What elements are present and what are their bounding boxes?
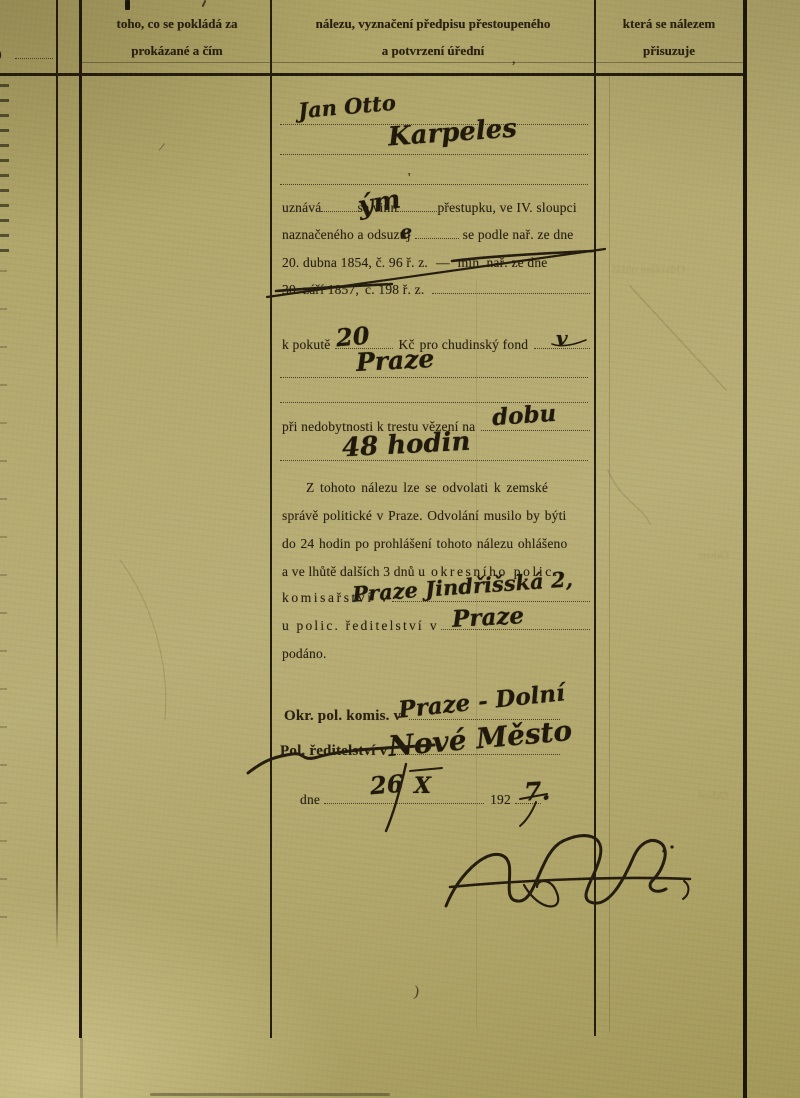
para-line7: podáno. (282, 646, 327, 662)
cut-off-dotline (15, 58, 53, 59)
para-line6: u polic. ředitelství v (282, 618, 590, 634)
label-datum1: 20. dubna 1854, č. 96 ř. z. (282, 255, 428, 271)
label-se-podle: se podle nař. ze dne (463, 227, 574, 243)
hw-name-first: Jan Otto (297, 90, 397, 123)
hw-date-day: 26 (369, 769, 405, 801)
pencil-smudge-2 (608, 470, 650, 524)
dotline-arrest (280, 460, 588, 461)
ghost-text-2: Odsuz (698, 548, 729, 563)
page-edge-bands-faint (0, 270, 7, 930)
para-line2: správě politické v Praze. Odvolání musil… (282, 508, 590, 524)
hw-arrest-dobu: dobu (491, 400, 557, 431)
stray-paren: ) (413, 984, 421, 1002)
header-col2: nálezu, vyznačení předpisu přestoupeného… (272, 10, 594, 64)
header-rule (0, 73, 744, 76)
header-col2-line1: nálezu, vyznačení předpisu přestoupeného (272, 10, 594, 37)
signature-comma-tail (683, 881, 688, 899)
label-dne: dne (300, 792, 320, 808)
dots-fill (432, 282, 590, 294)
header-col2-line2: a potvrzení úřední (272, 37, 594, 64)
page-edge-bands (0, 84, 9, 260)
signature-dot-2 (670, 845, 673, 848)
name-dotline-2 (280, 154, 588, 155)
stray-tick: ' (408, 170, 411, 186)
form-line-datum2: 30. září 1857, č. 198 ř. z. (282, 282, 590, 298)
label-k-pokute: k pokutě (282, 337, 330, 353)
label-reditelstvi: u polic. ředitelství (282, 618, 424, 634)
table-border-left-fade (80, 1038, 83, 1098)
label-min-nar: min. nař. ze dne (458, 255, 548, 271)
label-naznaceneho: naznačeného a odsuzuj (282, 227, 411, 243)
para-line1: Z tohoto nálezu lze se odvolati k zemské (282, 480, 590, 496)
column-rule-2 (594, 0, 596, 1036)
form-line-odsuzuj: naznačeného a odsuzuj se podle nař. ze d… (282, 227, 590, 243)
dash: — (436, 255, 450, 271)
hw-name-last: Karpeles (387, 114, 518, 153)
label-c198: č. 198 ř. z. (365, 282, 424, 298)
paper-crease (476, 280, 477, 1028)
hw-fund-place: Praze (355, 344, 435, 377)
table-border-left (79, 0, 82, 1038)
hw-fund-v: v (556, 326, 568, 350)
dots (321, 200, 357, 212)
hw-reditelstvi-place: Praze (451, 602, 524, 633)
stray-comma: , (512, 52, 516, 68)
label-uznava: uznává (282, 200, 321, 216)
cut-off-glyph: o (0, 40, 14, 66)
table-border-right (743, 0, 747, 1098)
date-month-overbar (410, 768, 442, 771)
para-line3: do 24 hodin po prohlášení tohoto nálezu … (282, 536, 590, 552)
dotline-fund (280, 377, 588, 378)
label-pol-red: Pol. ředitelství v (280, 743, 387, 760)
label-okr-pol: Okr. pol. komis. v (284, 708, 401, 725)
header-col1: toho, co se pokládá za prokázané a čím (84, 10, 270, 64)
signature-flourish (446, 836, 666, 906)
stray-slash: / (158, 140, 166, 155)
scanned-form-page: o toho, co se pokládá za prokázané a čím… (0, 0, 800, 1098)
pencil-smudge-3 (120, 560, 166, 720)
signature-dot-1 (662, 849, 665, 852)
header-col3: která se nálezem přisuzuje (596, 10, 742, 64)
label-prestupku: přestupku, ve IV. sloupci (437, 200, 576, 216)
bottom-edge-shadow (150, 1093, 390, 1096)
header-col3-line2: přisuzuje (596, 37, 742, 64)
signature-underline (450, 878, 690, 887)
dots (415, 227, 459, 239)
form-line-pokuta: k pokutě Kč pro chudinský fond (282, 337, 590, 353)
column-rule-2-faint (609, 76, 610, 1032)
label-datum2: 30. září 1857, (282, 282, 359, 298)
cut-accent-top (202, 0, 207, 7)
form-line-datum1: 20. dubna 1854, č. 96 ř. z. — min. nař. … (282, 255, 590, 271)
binding-rule-left (56, 0, 58, 950)
hw-date-month: X (414, 773, 431, 799)
name-dotline-3 (280, 184, 588, 185)
ghost-text-3: Odvol (698, 788, 728, 803)
header-col3-line1: která se nálezem (596, 10, 742, 37)
pencil-smudge-1 (630, 286, 726, 390)
header-col1-line2: prokázané a čím (84, 37, 270, 64)
label-v2: v (430, 618, 437, 634)
dots (397, 200, 437, 212)
cut-mark-top (125, 0, 130, 10)
hw-odsuzuj-suffix: e (400, 221, 412, 243)
hw-arrest-duration: 48 hodin (341, 427, 471, 464)
form-line-uznava: uznává se vinn přestupku, ve IV. sloupci (282, 200, 590, 216)
label-pro-fond: pro chudinský fond (420, 337, 529, 353)
hw-date-year-digit: 7. (523, 776, 551, 806)
column-rule-1 (270, 0, 272, 1038)
ghost-text-1: Odvolání ohláš (612, 262, 685, 277)
header-col1-line1: toho, co se pokládá za (84, 10, 270, 37)
label-year: 192 (490, 792, 511, 808)
signature-tail-loop (524, 881, 558, 906)
